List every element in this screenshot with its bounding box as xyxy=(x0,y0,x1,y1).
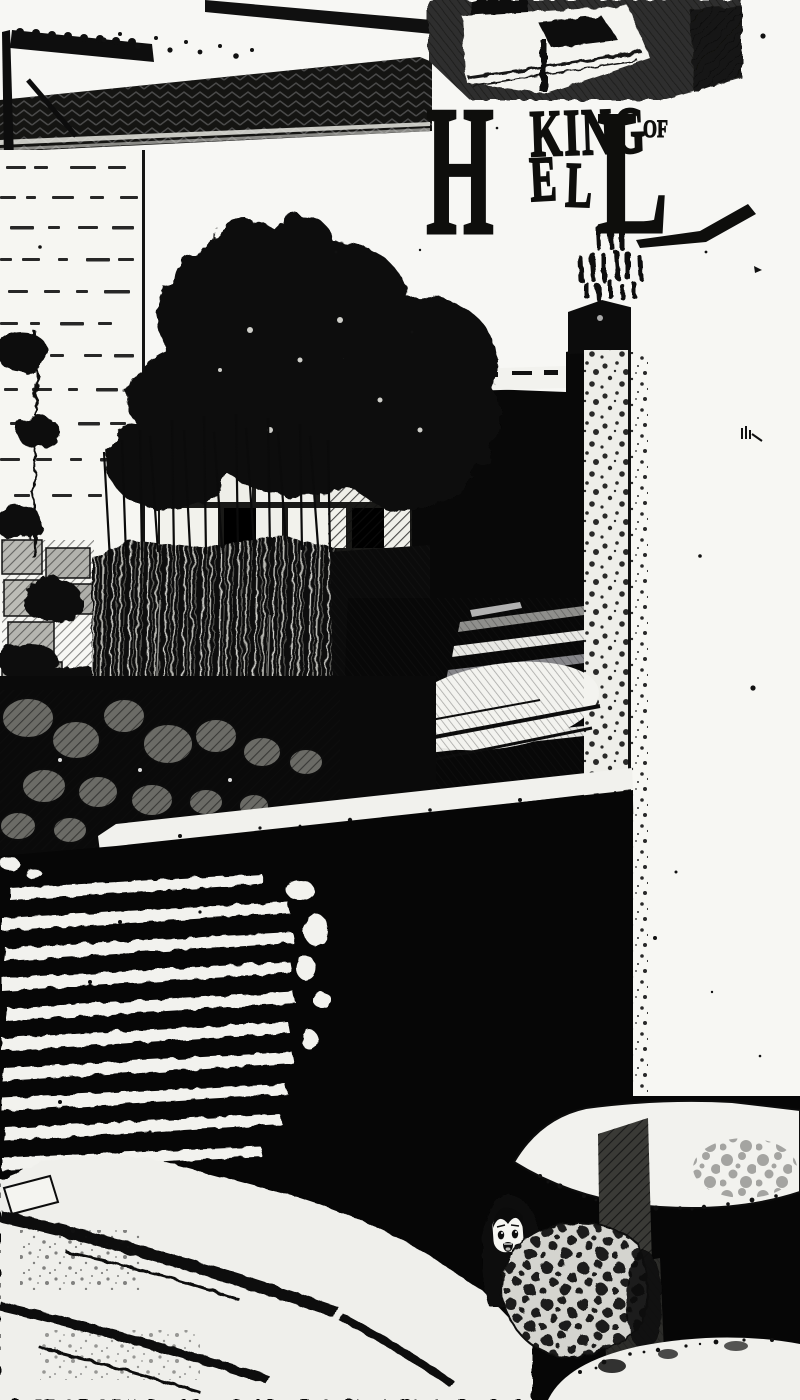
logo-letter-h: H xyxy=(426,69,494,274)
logo-letter-e: E xyxy=(528,143,558,215)
mottled-rock xyxy=(502,1224,662,1358)
manga-page: H KING OF E L L xyxy=(0,0,800,1400)
child-eye-left xyxy=(498,1231,504,1240)
logo-letter-l1: L xyxy=(564,150,593,222)
manga-artwork: H KING OF E L L xyxy=(0,0,800,1400)
child-eye-right xyxy=(512,1230,518,1239)
